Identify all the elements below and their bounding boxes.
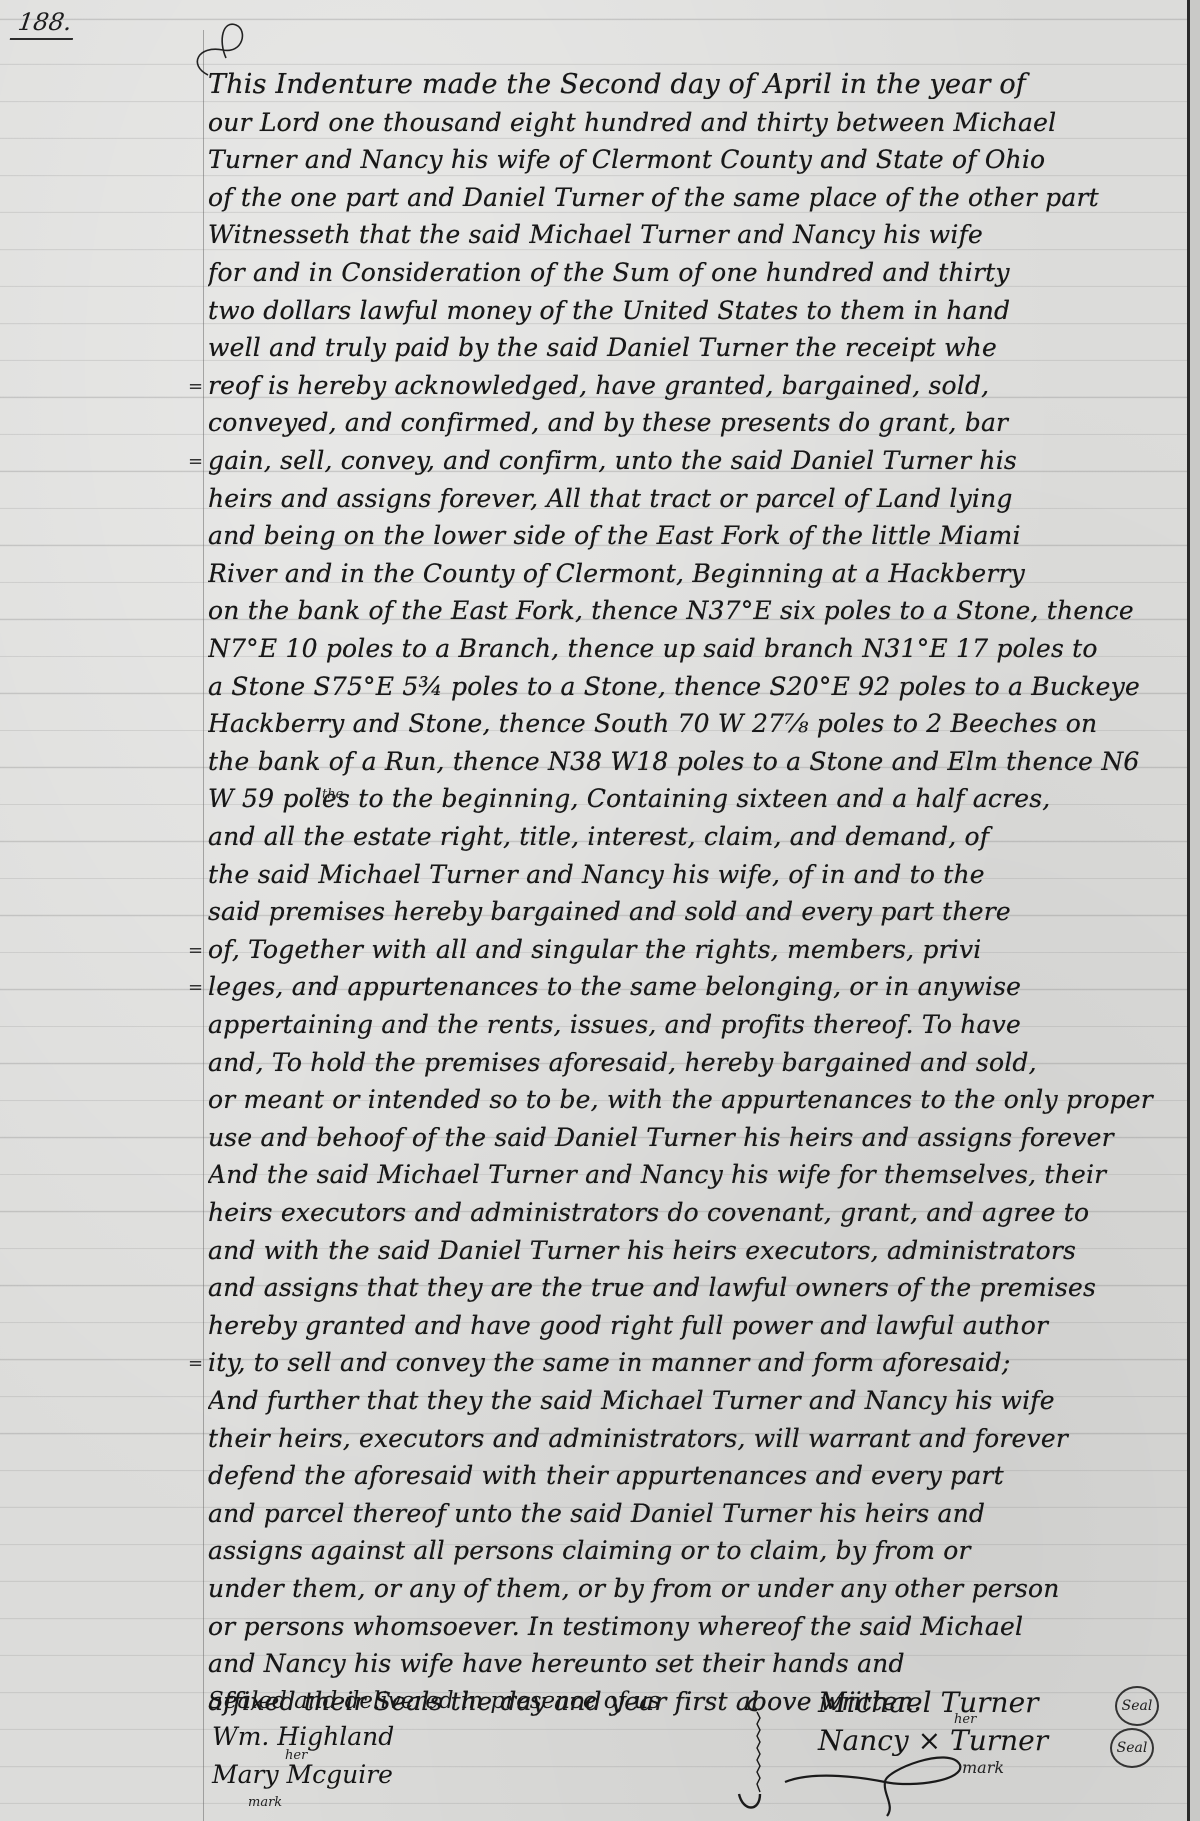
seal-icon: Seal bbox=[1110, 1728, 1154, 1768]
adjacent-page-strip bbox=[1190, 0, 1200, 1821]
deed-text-line: W 59 poles to the beginning, Containing … bbox=[208, 781, 1183, 817]
seal-label: Seal bbox=[1117, 1740, 1148, 1756]
deed-text-line: for and in Consideration of the Sum of o… bbox=[208, 255, 1183, 291]
deed-text-line: two dollars lawful money of the United S… bbox=[208, 293, 1183, 329]
interlinear-insertion: the bbox=[322, 787, 343, 802]
deed-text-line: said premises hereby bargained and sold … bbox=[208, 894, 1183, 930]
deed-text-line: River and in the County of Clermont, Beg… bbox=[208, 556, 1183, 592]
ledger-page: 188. This Indenture made the Second day … bbox=[0, 0, 1200, 1821]
witness-name: Wm. Highland bbox=[212, 1722, 394, 1751]
deed-text-line: heirs executors and administrators do co… bbox=[208, 1195, 1183, 1231]
deed-text-line: hereby granted and have good right full … bbox=[208, 1308, 1183, 1344]
deed-text-line: reof is hereby acknowledged, have grante… bbox=[208, 368, 1183, 404]
deed-text-line: a Stone S75°E 5¾ poles to a Stone, thenc… bbox=[208, 669, 1183, 705]
seal-label: Seal bbox=[1122, 1698, 1153, 1714]
witness-clause: Sealed and delivered in presence of us bbox=[208, 1688, 660, 1714]
deed-text-line: Hackberry and Stone, thence South 70 W 2… bbox=[208, 706, 1183, 742]
deed-text-line: gain, sell, convey, and confirm, unto th… bbox=[208, 443, 1183, 479]
deed-text-line: the said Michael Turner and Nancy his wi… bbox=[208, 857, 1183, 893]
line-continuation-mark: = bbox=[188, 977, 203, 998]
deed-text-line: and all the estate right, title, interes… bbox=[208, 819, 1183, 855]
deed-text-line: or meant or intended so to be, with the … bbox=[208, 1082, 1183, 1118]
deed-text-line: conveyed, and confirmed, and by these pr… bbox=[208, 405, 1183, 441]
line-continuation-mark: = bbox=[188, 940, 203, 961]
deed-text-line: ity, to sell and convey the same in mann… bbox=[208, 1345, 1183, 1381]
deed-text-line: our Lord one thousand eight hundred and … bbox=[208, 105, 1183, 141]
deed-text-line: and, To hold the premises aforesaid, her… bbox=[208, 1045, 1183, 1081]
deed-text-line: and parcel thereof unto the said Daniel … bbox=[208, 1496, 1183, 1532]
line-continuation-mark: = bbox=[188, 376, 203, 397]
deed-text-line: on the bank of the East Fork, thence N37… bbox=[208, 593, 1183, 629]
seal-icon: Seal bbox=[1115, 1686, 1159, 1726]
deed-text-line: leges, and appurtenances to the same bel… bbox=[208, 969, 1183, 1005]
deed-text-line: well and truly paid by the said Daniel T… bbox=[208, 330, 1183, 366]
deed-text-line: and Nancy his wife have hereunto set the… bbox=[208, 1646, 1183, 1682]
deed-text-line: and with the said Daniel Turner his heir… bbox=[208, 1233, 1183, 1269]
deed-text-line: under them, or any of them, or by from o… bbox=[208, 1571, 1183, 1607]
deed-text-line: N7°E 10 poles to a Branch, thence up sai… bbox=[208, 631, 1183, 667]
left-margin-rule bbox=[203, 30, 204, 1821]
deed-text-line: heirs and assigns forever, All that trac… bbox=[208, 481, 1183, 517]
deed-text-line: of the one part and Daniel Turner of the… bbox=[208, 180, 1183, 216]
deed-text-line: or persons whomsoever. In testimony wher… bbox=[208, 1609, 1183, 1645]
page-number: 188. bbox=[10, 8, 78, 40]
deed-text-line: the bank of a Run, thence N38 W18 poles … bbox=[208, 744, 1183, 780]
deed-text-line: assigns against all persons claiming or … bbox=[208, 1533, 1183, 1569]
deed-text-line: And the said Michael Turner and Nancy hi… bbox=[208, 1157, 1183, 1193]
deed-text-line: This Indenture made the Second day of Ap… bbox=[208, 67, 1183, 103]
deed-text-line: Turner and Nancy his wife of Clermont Co… bbox=[208, 142, 1183, 178]
deed-text-line: Witnesseth that the said Michael Turner … bbox=[208, 217, 1183, 253]
deed-text-line: of, Together with all and singular the r… bbox=[208, 932, 1183, 968]
deed-text-line: appertaining and the rents, issues, and … bbox=[208, 1007, 1183, 1043]
deed-text-line: use and behoof of the said Daniel Turner… bbox=[208, 1120, 1183, 1156]
line-continuation-mark: = bbox=[188, 1353, 203, 1374]
deed-text-line: and being on the lower side of the East … bbox=[208, 518, 1183, 554]
line-continuation-mark: = bbox=[188, 451, 203, 472]
deed-text-line: And further that they the said Michael T… bbox=[208, 1383, 1183, 1419]
deed-text-line: and assigns that they are the true and l… bbox=[208, 1270, 1183, 1306]
witness-name: Mary Mcguire bbox=[212, 1760, 393, 1789]
witness-mark-below: mark bbox=[248, 1795, 282, 1810]
deed-text-line: their heirs, executors and administrator… bbox=[208, 1421, 1183, 1457]
signature-brace-icon bbox=[735, 1690, 975, 1821]
deed-text-line: defend the aforesaid with their appurten… bbox=[208, 1458, 1183, 1494]
